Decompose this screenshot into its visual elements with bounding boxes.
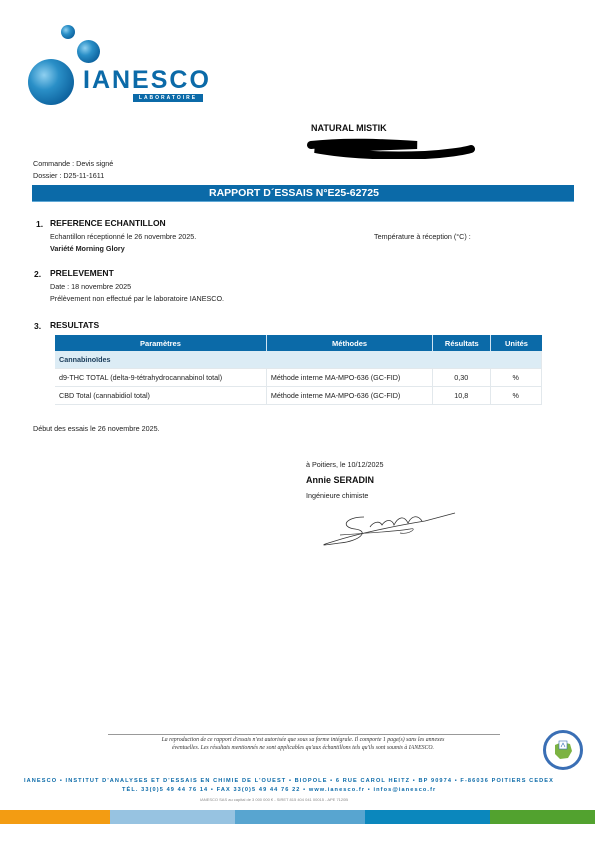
- section-number: 2.: [34, 269, 41, 279]
- variety-text: Variété Morning Glory: [50, 244, 125, 253]
- section-number: 3.: [34, 321, 41, 331]
- results-table: Paramètres Méthodes Résultats Unités Can…: [55, 335, 542, 405]
- section-title-resultats: RESULTATS: [50, 320, 99, 330]
- stripe-light-blue: [110, 810, 235, 824]
- parametre-cell: d9-THC TOTAL (delta-9-tétrahydrocannabin…: [55, 369, 266, 387]
- table-row: CBD Total (cannabidiol total) Méthode in…: [55, 387, 542, 405]
- accreditation-badge-icon: [543, 730, 583, 770]
- table-header-row: Paramètres Méthodes Résultats Unités: [55, 335, 542, 351]
- france-map-icon: [546, 733, 580, 767]
- prelevement-date: Date : 18 novembre 2025: [50, 282, 131, 291]
- methode-cell: Méthode interne MA-MPO-636 (GC-FID): [266, 369, 432, 387]
- signatory-name: Annie SERADIN: [306, 475, 374, 485]
- redaction-scribble: [305, 135, 475, 159]
- logo-bubble-medium: [77, 40, 100, 63]
- prelevement-note: Prélèvement non effectué par le laborato…: [50, 294, 224, 303]
- footer-divider: [108, 734, 500, 735]
- reproduction-notice: La reproduction de ce rapport d'essais n…: [108, 736, 498, 752]
- footer-legal: IANESCO SAS au capital de 3 000 000 € - …: [200, 797, 348, 802]
- section-title-prelevement: PRELEVEMENT: [50, 268, 114, 278]
- parametre-cell: CBD Total (cannabidiol total): [55, 387, 266, 405]
- logo-text: IANESCO: [83, 66, 211, 95]
- stripe-dark-blue: [365, 810, 490, 824]
- resultat-cell: 10,8: [433, 387, 491, 405]
- category-label: Cannabinoïdes: [55, 351, 542, 369]
- stripe-orange: [0, 810, 110, 824]
- logo-bubble-large: [28, 59, 74, 105]
- table-row: d9-THC TOTAL (delta-9-tétrahydrocannabin…: [55, 369, 542, 387]
- column-header-resultats: Résultats: [433, 335, 491, 351]
- footer-color-stripes: [0, 810, 595, 824]
- dossier-text: Dossier : D25-11-1611: [33, 171, 104, 180]
- unite-cell: %: [491, 369, 542, 387]
- footer-contact: TÉL. 33(0)5 49 44 76 14 • FAX 33(0)5 49 …: [122, 787, 436, 793]
- company-logo: IANESCO LABORATOIRE: [0, 0, 240, 120]
- category-row: Cannabinoïdes: [55, 351, 542, 369]
- resultat-cell: 0,30: [433, 369, 491, 387]
- place-date: à Poitiers, le 10/12/2025: [306, 460, 384, 469]
- logo-subtitle: LABORATOIRE: [133, 94, 203, 102]
- temperature-label: Température à réception (°C) :: [374, 232, 471, 241]
- handwritten-signature: [300, 505, 460, 555]
- column-header-unites: Unités: [491, 335, 542, 351]
- unite-cell: %: [491, 387, 542, 405]
- stripe-mid-blue: [235, 810, 365, 824]
- client-name: NATURAL MISTIK: [311, 123, 387, 133]
- reproduction-notice-line2: éventuelles. Les résultats mentionnés ne…: [108, 744, 498, 752]
- stripe-green: [490, 810, 595, 824]
- test-start-text: Début des essais le 26 novembre 2025.: [33, 424, 160, 433]
- section-title-reference: REFERENCE ECHANTILLON: [50, 218, 166, 228]
- column-header-methodes: Méthodes: [266, 335, 432, 351]
- footer-address: IANESCO • INSTITUT D'ANALYSES ET D'ESSAI…: [24, 778, 554, 784]
- signatory-role: Ingénieure chimiste: [306, 491, 368, 500]
- methode-cell: Méthode interne MA-MPO-636 (GC-FID): [266, 387, 432, 405]
- logo-bubble-small: [61, 25, 75, 39]
- section-number: 1.: [36, 219, 43, 229]
- reception-text: Echantillon réceptionné le 26 novembre 2…: [50, 232, 196, 241]
- commande-text: Commande : Devis signé: [33, 159, 113, 168]
- reproduction-notice-line1: La reproduction de ce rapport d'essais n…: [108, 736, 498, 744]
- column-header-parametres: Paramètres: [55, 335, 266, 351]
- report-title-banner: RAPPORT D´ESSAIS N°E25-62725: [32, 185, 574, 202]
